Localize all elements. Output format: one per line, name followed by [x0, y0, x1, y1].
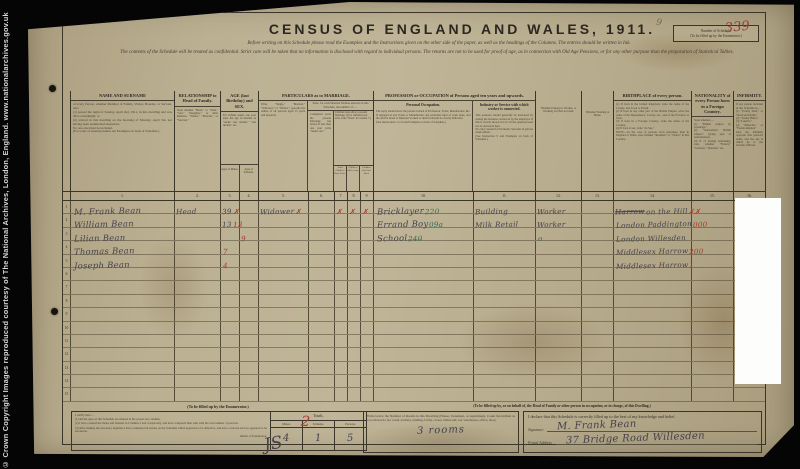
cell-children-living — [348, 295, 361, 307]
cell-name — [71, 281, 175, 293]
cell-industry — [474, 228, 536, 240]
col-marriage-children-note: Children born alive to present Marriage.… — [334, 111, 373, 166]
cell-years-married — [309, 388, 335, 400]
cell-children-living — [348, 348, 361, 360]
cell-industry — [474, 308, 536, 320]
cell-age-female — [240, 295, 259, 307]
cell-children-died — [361, 228, 374, 240]
cell-relationship — [175, 268, 221, 280]
col-marriage-single-note: Write "Single," "Married," "Widower," or… — [259, 101, 308, 191]
cell-occupation: School2̶4̶0̶ — [374, 228, 474, 240]
col-infirmity: INFIRMITY. If any person included in thi… — [734, 91, 765, 191]
cell-working-at-home — [582, 228, 614, 240]
cell-children-living — [348, 308, 361, 320]
cell-nationality — [692, 241, 734, 253]
cell-industry — [474, 375, 536, 387]
cell-employment-status — [536, 375, 582, 387]
cell-years-married — [309, 375, 335, 387]
col-name: NAME AND SURNAME of every Person, whethe… — [71, 91, 175, 191]
cell-children-living — [348, 241, 361, 253]
cell-industry — [474, 255, 536, 267]
females-value: 1 — [315, 434, 322, 444]
census-paper: CENSUS OF ENGLAND AND WALES, 1911. Befor… — [28, 2, 794, 457]
cell-name: Joseph Bean — [71, 255, 175, 267]
cell-name — [71, 268, 175, 280]
handwritten-address: 37 Bridge Road Willesden — [566, 431, 705, 446]
cell-children-born — [335, 268, 348, 280]
cell-children-born — [335, 388, 348, 400]
cell-years-married — [309, 201, 335, 213]
cell-children-born — [335, 281, 348, 293]
cell-employment-status — [536, 308, 582, 320]
cell-children-born — [335, 241, 348, 253]
cell-children-living — [348, 388, 361, 400]
cell-occupation — [374, 375, 474, 387]
cell-children-died — [361, 295, 374, 307]
col-name-note: of every Person, whether Member of Famil… — [71, 101, 174, 136]
cell-children-died — [361, 268, 374, 280]
col-name-title: NAME AND SURNAME — [71, 91, 174, 101]
cell-occupation — [374, 281, 474, 293]
cell-working-at-home — [582, 255, 614, 267]
males-label: Males. — [271, 421, 302, 428]
cell-occupation: Bricklayer220 — [374, 201, 474, 213]
cell-relationship: Head — [175, 201, 221, 213]
cell-marriage — [259, 295, 309, 307]
column-number: 4. — [240, 192, 259, 200]
cell-birthplace — [614, 322, 692, 334]
cell-name — [71, 362, 175, 374]
column-number-row: 1. 2. 3. 4. 5. 6. 7. 8. 9. 10. 11. 12. 1… — [63, 192, 765, 201]
cell-employment-status — [536, 268, 582, 280]
cell-relationship — [175, 375, 221, 387]
red-check-mark: 2 — [300, 413, 311, 430]
col-marriage-women-note: State, for each Married Woman entered on… — [308, 101, 373, 111]
table-row: 8 — [63, 295, 765, 308]
column-number: 15. — [692, 192, 734, 200]
cell-employment-status: Worker — [536, 214, 582, 226]
cell-marriage — [259, 214, 309, 226]
cell-age-male — [221, 335, 240, 347]
cell-occupation: Errand Boy09a — [374, 214, 474, 226]
cell-age-male: 4 — [221, 255, 240, 267]
cell-marriage — [259, 241, 309, 253]
column-number: 14. — [614, 192, 692, 200]
col-nationality-title: NATIONALITY of every Person born in a Fo… — [692, 91, 733, 117]
col-children-born: Total Children Born Alive. — [334, 166, 347, 191]
row-number: 2 — [63, 214, 71, 226]
cell-children-born — [335, 214, 348, 226]
cell-employment-status — [536, 348, 582, 360]
cell-nationality — [692, 348, 734, 360]
cell-birthplace: London Paddington000 — [614, 214, 692, 226]
cell-children-living — [348, 255, 361, 267]
cell-years-married — [309, 268, 335, 280]
cell-birthplace: London Willesden — [614, 228, 692, 240]
row-number: 10 — [63, 322, 71, 334]
cell-age-female — [240, 388, 259, 400]
cell-industry — [474, 335, 536, 347]
column-number: 3. — [221, 192, 240, 200]
cell-industry: Building — [474, 201, 536, 213]
cell-children-born — [335, 322, 348, 334]
form-footer: (To be filled up by the Enumerator.) I c… — [63, 402, 765, 458]
punch-hole — [51, 308, 58, 315]
head-of-family-heading: (To be filled up by, or on behalf of, th… — [363, 404, 761, 408]
row-number: 15 — [63, 388, 71, 400]
col-age-females: Ages of Females. — [240, 165, 258, 191]
cell-age-male — [221, 362, 240, 374]
col-employment-status-note: Whether Employer, Worker, or Working on … — [536, 105, 581, 116]
table-header: NAME AND SURNAME of every Person, whethe… — [63, 91, 765, 192]
cell-marriage — [259, 228, 309, 240]
cell-birthplace — [614, 295, 692, 307]
cell-children-died — [361, 348, 374, 360]
cell-industry — [474, 295, 536, 307]
instruction-line-2: The contents of the Schedule will be tre… — [63, 46, 765, 56]
redaction-overlay — [735, 198, 781, 384]
cell-age-female — [240, 348, 259, 360]
cell-marriage — [259, 255, 309, 267]
declaration-text: I declare that this Schedule is correctl… — [528, 414, 757, 419]
row-number: 3 — [63, 228, 71, 240]
cell-marriage — [259, 348, 309, 360]
cell-age-male — [221, 228, 240, 240]
col-birthplace-title: BIRTHPLACE of every person. — [614, 91, 691, 101]
cell-name: M. Frank Bean — [71, 201, 175, 213]
cell-years-married — [309, 241, 335, 253]
enumerator-box: I certify that:— (1) All the ages on thi… — [71, 411, 367, 451]
cell-age-male — [221, 281, 240, 293]
cell-relationship — [175, 295, 221, 307]
cell-working-at-home — [582, 241, 614, 253]
column-number — [63, 192, 71, 200]
cell-children-born — [335, 375, 348, 387]
cell-years-married — [309, 295, 335, 307]
punch-hole — [49, 85, 56, 92]
cell-age-female — [240, 362, 259, 374]
col-personal-occupation-note: The reply should show the precise branch… — [374, 108, 472, 126]
cell-age-male: 39✗ — [221, 201, 240, 213]
cell-children-living — [348, 375, 361, 387]
cell-children-living: ✗ — [348, 201, 361, 213]
col-age-males: Ages of Males. — [221, 165, 240, 191]
cell-children-living — [348, 281, 361, 293]
col-occupation-group: PROFESSION or OCCUPATION of Persons aged… — [374, 91, 536, 191]
cell-birthplace — [614, 375, 692, 387]
cell-children-born: ✗ — [335, 201, 348, 213]
table-row: 2 William Bean 1313 Errand Boy09a Milk R… — [63, 214, 765, 227]
cell-working-at-home — [582, 335, 614, 347]
column-number: 2. — [175, 192, 221, 200]
cell-years-married — [309, 348, 335, 360]
col-rel-note: State whether "Head," or "Wife," "Son," … — [175, 107, 220, 125]
cell-age-female — [240, 322, 259, 334]
cell-marriage — [259, 322, 309, 334]
cell-years-married — [309, 322, 335, 334]
col-children-died: Children who have Died. — [360, 166, 373, 191]
cell-children-died — [361, 362, 374, 374]
cell-children-died — [361, 375, 374, 387]
cell-birthplace — [614, 268, 692, 280]
cell-age-female — [240, 214, 259, 226]
row-number: 7 — [63, 281, 71, 293]
row-number: 1 — [63, 201, 71, 213]
col-occupation-title: PROFESSION or OCCUPATION of Persons aged… — [374, 91, 535, 101]
table-row: 5 Joseph Bean 4 Middlesex Harrow1 — [63, 255, 765, 268]
cell-working-at-home — [582, 295, 614, 307]
form-header: CENSUS OF ENGLAND AND WALES, 1911. Befor… — [63, 13, 765, 91]
cell-occupation — [374, 388, 474, 400]
cell-occupation — [374, 241, 474, 253]
row-number: 6 — [63, 268, 71, 280]
col-age-subcols: Ages of Males. Ages of Females. — [221, 164, 258, 191]
cell-nationality — [692, 228, 734, 240]
cell-children-born — [335, 308, 348, 320]
row-number: 4 — [63, 241, 71, 253]
col-working-at-home-note: Whether Working at Home. — [582, 109, 613, 120]
col-infirmity-note: If any person included in this Schedule … — [734, 101, 765, 149]
enumerator-certification: I certify that:— (1) All the ages on thi… — [72, 412, 270, 450]
cell-occupation — [374, 335, 474, 347]
cell-children-born — [335, 228, 348, 240]
cell-working-at-home — [582, 375, 614, 387]
cell-relationship — [175, 255, 221, 267]
table-row: 4 Thomas Bean 7 Middlesex Harrow200 — [63, 241, 765, 254]
column-number: 8. — [348, 192, 361, 200]
cell-name — [71, 375, 175, 387]
persons-label: Persons. — [335, 421, 366, 428]
cell-occupation — [374, 268, 474, 280]
row-number: 12 — [63, 348, 71, 360]
schedule-number-box: Number of Schedule. (To be filled up by … — [673, 25, 759, 42]
cell-relationship — [175, 281, 221, 293]
cell-nationality — [692, 268, 734, 280]
cell-industry — [474, 322, 536, 334]
table-row: 3 Lilian Bean 9 School2̶4̶0̶ o London Wi… — [63, 228, 765, 241]
table-row: 11 — [63, 335, 765, 348]
cell-nationality — [692, 308, 734, 320]
col-industry-title: Industry or Service with which worker is… — [473, 101, 535, 112]
cell-age-male — [221, 295, 240, 307]
cell-occupation — [374, 295, 474, 307]
cell-working-at-home — [582, 362, 614, 374]
cell-nationality — [692, 295, 734, 307]
instruction-line-1: Before writing on this Schedule please r… — [63, 39, 765, 46]
cell-years-married — [309, 228, 335, 240]
schedule-number-value: 339 — [724, 19, 750, 37]
cell-relationship — [175, 214, 221, 226]
cell-birthplace — [614, 362, 692, 374]
cell-age-male — [221, 388, 240, 400]
col-nationality-note: State whether:— (1) "British subject by … — [692, 117, 733, 152]
cell-years-married — [309, 214, 335, 226]
cell-age-male — [221, 375, 240, 387]
cell-years-married — [309, 281, 335, 293]
census-form: CENSUS OF ENGLAND AND WALES, 1911. Befor… — [62, 12, 766, 445]
cell-age-female — [240, 241, 259, 253]
cell-employment-status — [536, 335, 582, 347]
cell-marriage — [259, 375, 309, 387]
cell-working-at-home — [582, 388, 614, 400]
schedule-number-note: (To be filled up by the Enumerator.) — [676, 34, 756, 39]
column-number: 9. — [361, 192, 374, 200]
cell-age-male — [221, 268, 240, 280]
cell-infirmity — [734, 388, 765, 400]
cell-occupation — [374, 362, 474, 374]
males-value: 4 — [283, 434, 290, 444]
cell-relationship — [175, 388, 221, 400]
col-employment-status: Whether Employer, Worker, or Working on … — [536, 91, 582, 191]
column-number: 1. — [71, 192, 175, 200]
cell-working-at-home — [582, 281, 614, 293]
table-row: 1 M. Frank Bean Head 39✗ Widower✗ ✗ ✗ ✗ … — [63, 201, 765, 214]
cell-birthplace: Harrowon the Hill✗✗ — [614, 201, 692, 213]
cell-employment-status — [536, 362, 582, 374]
col-infirmity-title: INFIRMITY. — [734, 91, 765, 101]
col-nationality: NATIONALITY of every Person born in a Fo… — [692, 91, 734, 191]
table-row: 15 — [63, 388, 765, 401]
cell-occupation — [374, 348, 474, 360]
cell-name — [71, 335, 175, 347]
cell-working-at-home — [582, 214, 614, 226]
cell-working-at-home — [582, 201, 614, 213]
enumerator-heading: (To be filled up by the Enumerator.) — [93, 404, 343, 409]
col-personal-occupation: Personal Occupation. The reply should sh… — [374, 101, 473, 191]
cell-nationality — [692, 362, 734, 374]
cell-employment-status — [536, 388, 582, 400]
cell-children-living — [348, 214, 361, 226]
cell-birthplace — [614, 308, 692, 320]
col-marriage: PARTICULARS as to MARRIAGE. Write "Singl… — [259, 91, 374, 191]
col-industry-note: This question should generally be answer… — [473, 112, 535, 143]
cell-occupation — [374, 322, 474, 334]
table-body: 1 M. Frank Bean Head 39✗ Widower✗ ✗ ✗ ✗ … — [63, 201, 765, 402]
cell-name — [71, 295, 175, 307]
cell-birthplace — [614, 281, 692, 293]
declaration-box: I declare that this Schedule is correctl… — [523, 411, 762, 453]
cell-age-male — [221, 348, 240, 360]
cell-nationality — [692, 214, 734, 226]
scanned-census-page: © Crown Copyright Images reproduced cour… — [0, 0, 800, 469]
cell-nationality — [692, 375, 734, 387]
row-number: 11 — [63, 335, 71, 347]
table-row: 6 — [63, 268, 765, 281]
cell-marriage — [259, 281, 309, 293]
rooms-note: Write below the Number of Rooms in this … — [367, 414, 515, 422]
cell-industry — [474, 268, 536, 280]
cell-children-died: ✗ — [361, 201, 374, 213]
cell-children-died — [361, 255, 374, 267]
persons-value: 5 — [347, 434, 354, 444]
enumerator-initials: JS — [262, 432, 284, 455]
handwritten-rooms-count: 3 rooms — [367, 423, 515, 439]
cell-working-at-home — [582, 308, 614, 320]
cell-birthplace: Middlesex Harrow200 — [614, 241, 692, 253]
totals-table: Totals. Males. 4 Females. 1 Pers — [270, 412, 366, 450]
totals-persons: Persons. 5 — [335, 421, 366, 450]
cell-age-female — [240, 268, 259, 280]
column-number: 10. — [374, 192, 474, 200]
cell-children-living — [348, 335, 361, 347]
column-number: 12. — [536, 192, 582, 200]
cell-name: William Bean — [71, 214, 175, 226]
cert-line-3: (3) After making the necessary inquiries… — [75, 427, 267, 435]
cell-name — [71, 348, 175, 360]
cell-occupation — [374, 308, 474, 320]
cell-industry — [474, 348, 536, 360]
cell-age-female — [240, 281, 259, 293]
cell-working-at-home — [582, 268, 614, 280]
cell-employment-status — [536, 241, 582, 253]
row-number: 9 — [63, 308, 71, 320]
cell-working-at-home — [582, 348, 614, 360]
cell-employment-status — [536, 322, 582, 334]
cell-marriage — [259, 308, 309, 320]
cell-marriage — [259, 268, 309, 280]
cell-children-born — [335, 255, 348, 267]
cell-children-died — [361, 214, 374, 226]
cell-relationship — [175, 335, 221, 347]
col-children-living: Children still Living. — [347, 166, 360, 191]
cell-marriage — [259, 388, 309, 400]
table-row: 14 — [63, 375, 765, 388]
cell-children-living — [348, 322, 361, 334]
table-row: 13 — [63, 362, 765, 375]
signature-label: Signature — [528, 427, 543, 432]
cell-age-female — [240, 375, 259, 387]
cell-age-female: 9 — [240, 228, 259, 240]
cell-children-died — [361, 388, 374, 400]
row-number: 8 — [63, 295, 71, 307]
cell-relationship — [175, 362, 221, 374]
cell-children-born — [335, 348, 348, 360]
column-number: 13. — [582, 192, 614, 200]
col-relationship: RELATIONSHIP to Head of Family. State wh… — [175, 91, 221, 191]
signature-line: M. Frank Bean — [547, 421, 757, 432]
cell-birthplace — [614, 335, 692, 347]
column-number: 6. — [309, 192, 335, 200]
cell-relationship — [175, 322, 221, 334]
cell-employment-status — [536, 255, 582, 267]
cell-employment-status — [536, 295, 582, 307]
cell-children-born — [335, 295, 348, 307]
row-number: 13 — [63, 362, 71, 374]
col-birthplace: BIRTHPLACE of every person. (1) If born … — [614, 91, 692, 191]
cell-birthplace — [614, 348, 692, 360]
cell-nationality — [692, 281, 734, 293]
cell-years-married — [309, 362, 335, 374]
cell-years-married — [309, 335, 335, 347]
column-number: 7. — [335, 192, 348, 200]
cell-industry — [474, 241, 536, 253]
col-rel-title: RELATIONSHIP to Head of Family. — [175, 91, 220, 107]
cell-name: Thomas Bean — [71, 241, 175, 253]
cell-age-female — [240, 201, 259, 213]
column-number: 11. — [474, 192, 536, 200]
cell-relationship — [175, 308, 221, 320]
cell-industry — [474, 362, 536, 374]
cell-age-male — [221, 322, 240, 334]
cell-name: Lilian Bean — [71, 228, 175, 240]
handwritten-signature: M. Frank Bean — [557, 419, 637, 432]
row-number: 14 — [63, 375, 71, 387]
cell-industry — [474, 388, 536, 400]
cell-years-married — [309, 308, 335, 320]
cell-nationality — [692, 388, 734, 400]
cell-working-at-home — [582, 322, 614, 334]
cell-relationship — [175, 228, 221, 240]
